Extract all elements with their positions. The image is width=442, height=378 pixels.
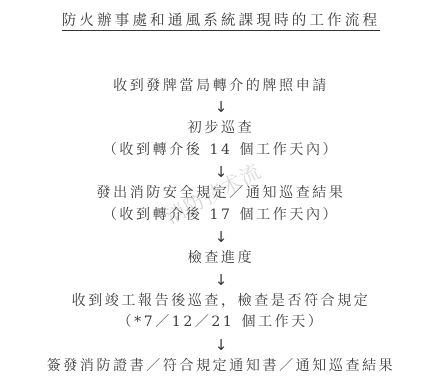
step-5-completion-inspection: 收到竣工報告後巡查，檢查是否符合規定 [0,292,442,310]
step-2-initial-inspection: 初步巡查 [0,119,442,137]
down-arrow-icon: ↓ [0,228,442,246]
step-6-issue-certificate: 簽發消防證書／符合規定通知書／通知巡查結果 [0,357,442,375]
step-3-issue-requirements: 發出消防安全規定／通知巡查結果 [0,184,442,202]
step-4-check-progress: 檢查進度 [0,249,442,267]
document-title-text: 防火辦事處和通風系統課現時的工作流程 [62,13,381,31]
down-arrow-icon: ↓ [0,163,442,181]
step-3-timeframe-note: （收到轉介後 17 個工作天內） [0,206,442,224]
step-5-timeframe-note: （*7／12／21 個工作天） [0,313,442,331]
down-arrow-icon: ↓ [0,271,442,289]
document-title: 防火辦事處和通風系統課現時的工作流程 [0,12,442,30]
step-1-receive-application: 收到發牌當局轉介的牌照申請 [0,77,442,95]
step-2-timeframe-note: （收到轉介後 14 個工作天內） [0,141,442,159]
down-arrow-icon: ↓ [0,98,442,116]
down-arrow-icon: ↓ [0,336,442,354]
